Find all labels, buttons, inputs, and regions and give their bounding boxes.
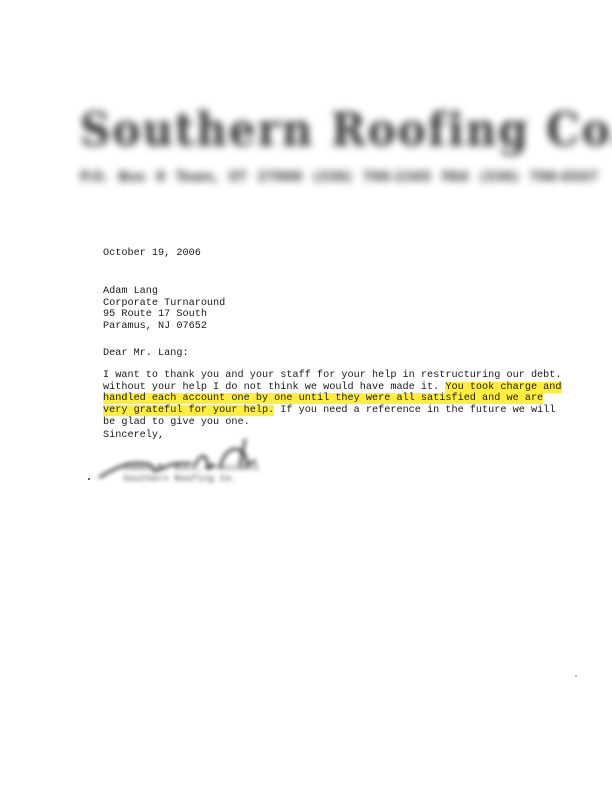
- highlighted-text: very grateful for your help.: [103, 405, 274, 416]
- highlighted-text: handled each account one by one until th…: [103, 393, 543, 404]
- signer-company: Southern Roofing Co.: [123, 473, 237, 484]
- stray-mark: [88, 478, 90, 480]
- letterhead-contact-line: P.O. Box 8 Town, ST 27000 (336) 700-2345…: [80, 170, 550, 185]
- recipient-name: Adam Lang: [103, 286, 158, 297]
- letterhead: Southern Roofing Co. P.O. Box 8 Town, ST…: [80, 95, 550, 195]
- signer-name-title: James R. Buck, President: [123, 462, 260, 473]
- body-line-4: If you need a reference in the future we…: [274, 405, 555, 416]
- recipient-company: Corporate Turnaround: [103, 298, 225, 309]
- recipient-address: Adam Lang Corporate Turnaround 95 Route …: [103, 286, 225, 333]
- body-line-5: be glad to give you one.: [103, 417, 250, 428]
- signer-block: James R. Buck, President Southern Roofin…: [123, 462, 260, 484]
- highlighted-text: You took charge and: [445, 382, 561, 393]
- recipient-street: 95 Route 17 South: [103, 309, 207, 320]
- stray-mark: [575, 675, 577, 677]
- body-line-1: I want to thank you and your staff for y…: [103, 370, 562, 381]
- recipient-city-state-zip: Paramus, NJ 07652: [103, 321, 207, 332]
- letterhead-company-name: Southern Roofing Co.: [80, 103, 550, 157]
- letter-date: October 19, 2006: [103, 248, 201, 260]
- body-line-2: without your help I do not think we woul…: [103, 382, 445, 393]
- salutation: Dear Mr. Lang:: [103, 348, 189, 360]
- letter-body: I want to thank you and your staff for y…: [103, 370, 562, 429]
